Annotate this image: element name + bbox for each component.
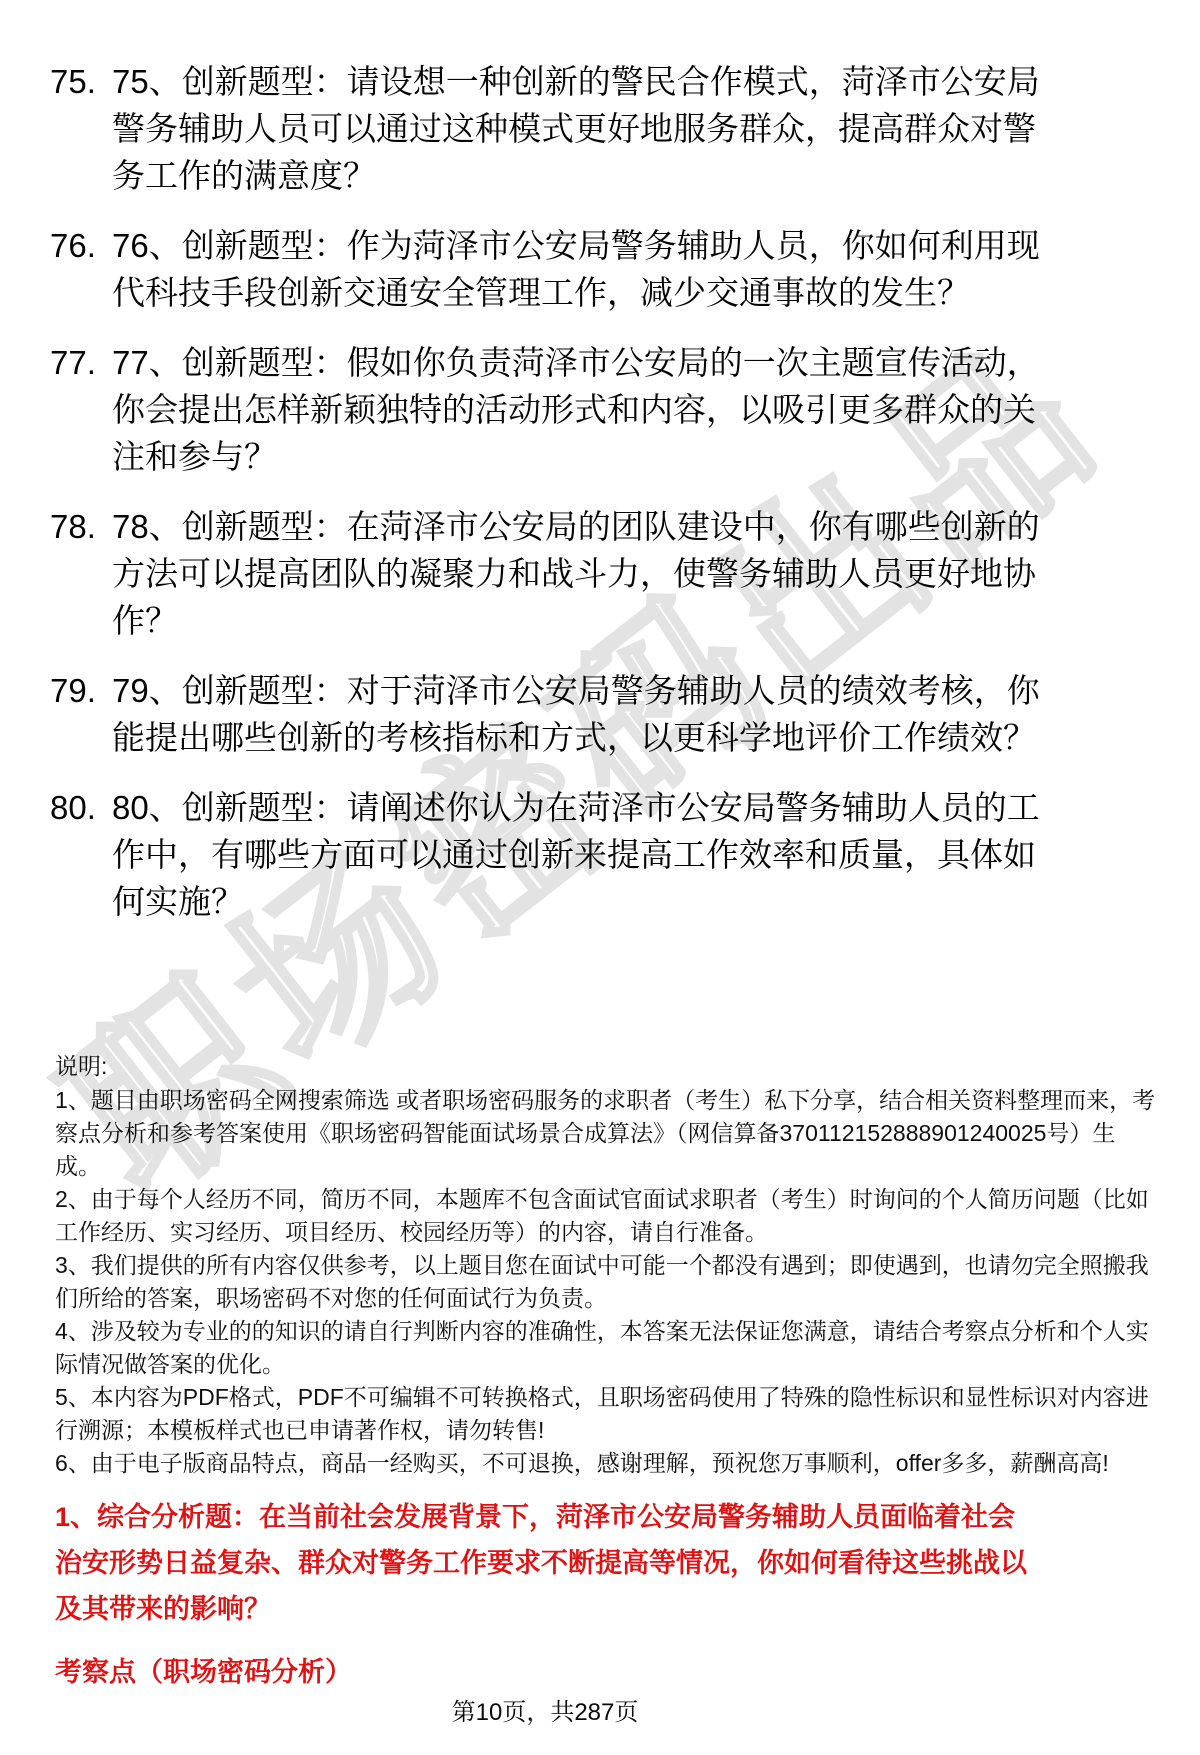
question-text: 76、创新题型：作为菏泽市公安局警务辅助人员，你如何利用现代科技手段创新交通安全…	[112, 222, 1044, 316]
note-item-1: 1、题目由职场密码全网搜索筛选 或者职场密码服务的求职者（考生）私下分享，结合相…	[55, 1084, 1157, 1183]
page-number: 第10页，共287页	[0, 1692, 1090, 1727]
question-number: 80.	[50, 784, 112, 831]
highlighted-question: 1、综合分析题：在当前社会发展背景下，菏泽市公安局警务辅助人员面临着社会治安形势…	[55, 1494, 1040, 1632]
question-item-78: 78. 78、创新题型：在菏泽市公安局的团队建设中，你有哪些创新的方法可以提高团…	[50, 503, 1050, 644]
question-text: 80、创新题型：请阐述你认为在菏泽市公安局警务辅助人员的工作中，有哪些方面可以通…	[112, 784, 1044, 925]
question-item-80: 80. 80、创新题型：请阐述你认为在菏泽市公安局警务辅助人员的工作中，有哪些方…	[50, 784, 1050, 925]
note-item-5: 5、本内容为PDF格式，PDF不可编辑不可转换格式，且职场密码使用了特殊的隐性标…	[55, 1381, 1157, 1447]
question-text: 78、创新题型：在菏泽市公安局的团队建设中，你有哪些创新的方法可以提高团队的凝聚…	[112, 503, 1044, 644]
question-item-76: 76. 76、创新题型：作为菏泽市公安局警务辅助人员，你如何利用现代科技手段创新…	[50, 222, 1050, 316]
question-number: 76.	[50, 222, 112, 269]
pdf-page: 职场密码出品 75. 75、创新题型：请设想一种创新的警民合作模式，菏泽市公安局…	[0, 0, 1200, 1755]
notes-section: 说明: 1、题目由职场密码全网搜索筛选 或者职场密码服务的求职者（考生）私下分享…	[55, 1050, 1157, 1480]
question-number: 77.	[50, 339, 112, 386]
question-item-75: 75. 75、创新题型：请设想一种创新的警民合作模式，菏泽市公安局警务辅助人员可…	[50, 58, 1050, 199]
note-item-4: 4、涉及较为专业的的知识的请自行判断内容的准确性，本答案无法保证您满意，请结合考…	[55, 1315, 1157, 1381]
question-item-79: 79. 79、创新题型：对于菏泽市公安局警务辅助人员的绩效考核，你能提出哪些创新…	[50, 667, 1050, 761]
notes-title: 说明:	[55, 1050, 1157, 1083]
question-number: 78.	[50, 503, 112, 550]
question-item-77: 77. 77、创新题型：假如你负责菏泽市公安局的一次主题宣传活动，你会提出怎样新…	[50, 339, 1050, 480]
note-item-2: 2、由于每个人经历不同，简历不同，本题库不包含面试官面试求职者（考生）时询问的个…	[55, 1183, 1157, 1249]
note-item-6: 6、由于电子版商品特点，商品一经购买，不可退换，感谢理解，预祝您万事顺利，off…	[55, 1447, 1157, 1480]
question-text: 75、创新题型：请设想一种创新的警民合作模式，菏泽市公安局警务辅助人员可以通过这…	[112, 58, 1044, 199]
question-text: 77、创新题型：假如你负责菏泽市公安局的一次主题宣传活动，你会提出怎样新颖独特的…	[112, 339, 1044, 480]
question-list: 75. 75、创新题型：请设想一种创新的警民合作模式，菏泽市公安局警务辅助人员可…	[50, 58, 1050, 948]
question-text: 79、创新题型：对于菏泽市公安局警务辅助人员的绩效考核，你能提出哪些创新的考核指…	[112, 667, 1044, 761]
analysis-heading: 考察点（职场密码分析）	[55, 1650, 352, 1689]
question-number: 75.	[50, 58, 112, 105]
question-number: 79.	[50, 667, 112, 714]
note-item-3: 3、我们提供的所有内容仅供参考，以上题目您在面试中可能一个都没有遇到；即使遇到，…	[55, 1249, 1157, 1315]
